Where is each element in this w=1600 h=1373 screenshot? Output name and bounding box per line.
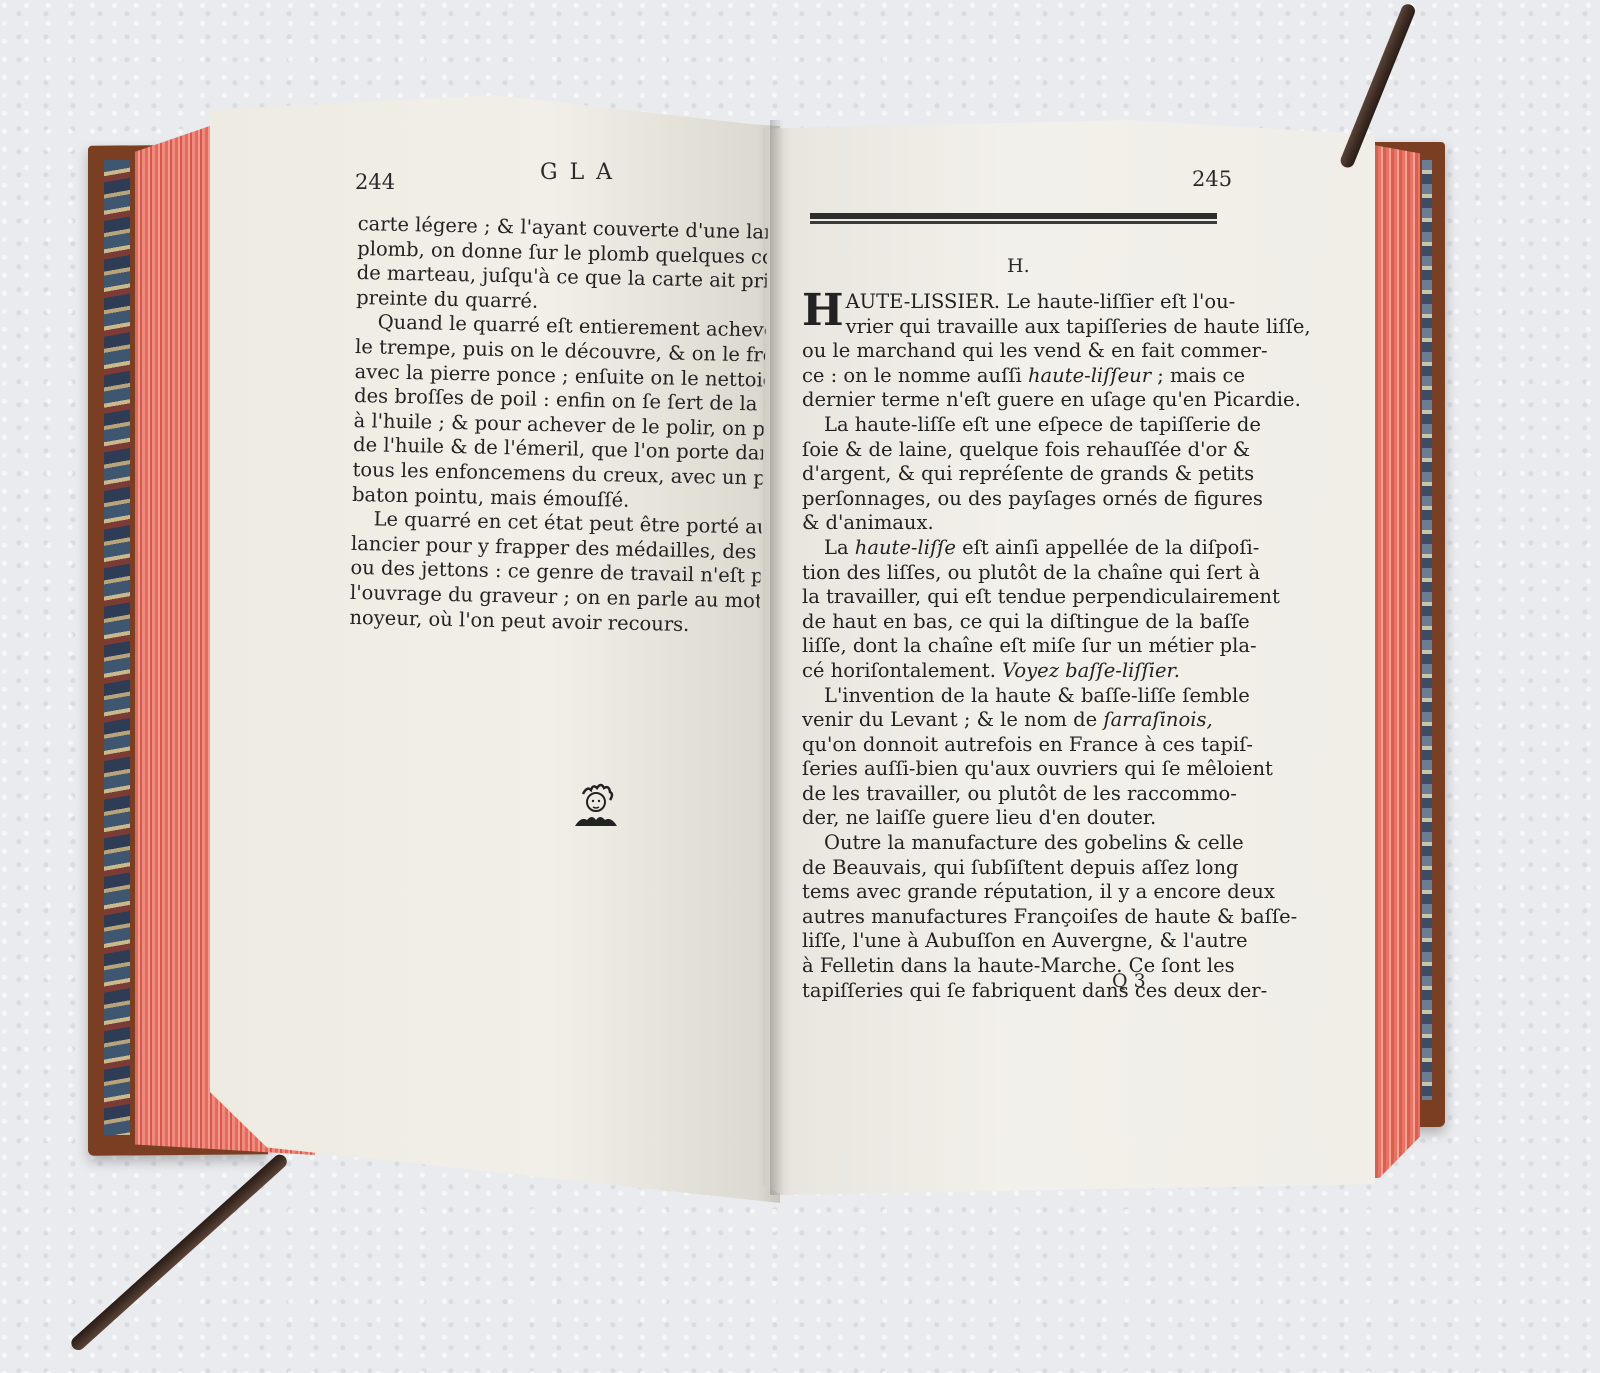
text-line: de haut en bas, ce qui la diſtingue de l… [802,610,1247,635]
cherub-ornament-icon [573,782,619,830]
signature-mark: Q 3 [1112,970,1146,992]
page-number-left: 244 [355,170,395,194]
text-line: tems avec grande réputation, il y a enco… [802,880,1247,905]
right-page-text: HAUTE-LISSIER. Le haute-liſſier eſt l'ou… [802,290,1247,1003]
text-line: ſeries auſſi-bien qu'aux ouvriers qui ſe… [802,757,1247,782]
text-line: liſſe, dont la chaîne eſt miſe ſur un mé… [802,634,1247,659]
holding-rod-bottom [69,1152,290,1353]
text-line: ſoie & de laine, quelque fois rehauſſée … [802,438,1247,463]
text-line: tion des liſſes, ou plutôt de la chaîne … [802,561,1247,586]
text-line: La haute-liſſe eſt ainſi appellée de la … [802,536,1247,561]
marbled-endpaper-left [104,160,130,1135]
text-line: à Felletin dans la haute-Marche. Ce ſont… [802,954,1247,979]
text-line: de les travailler, ou plutôt de les racc… [802,782,1247,807]
left-page-text: carte légere ; & l'ayant couverte d'une … [349,212,768,639]
text-line: dernier terme n'eſt guere en uſage qu'en… [802,388,1247,413]
ornamental-rule [810,213,1217,221]
headword: AUTE-LISSIER. [846,290,1001,313]
text-line: autres manufactures Françoiſes de haute … [802,905,1247,930]
text-line: de Beauvais, qui ſubſiſtent depuis aſſez… [802,856,1247,881]
text-line: der, ne laiſſe guere lieu d'en douter. [802,806,1247,831]
marbled-endpaper-right [1422,160,1432,1100]
text-line: venir du Levant ; & le nom de ſarraſinoi… [802,708,1247,733]
text-line: L'invention de la haute & baſſe-liſſe ſe… [802,684,1247,709]
running-head: GLA [540,160,624,185]
text-line: cé horiſontalement. Voyez baſſe-liſſier. [802,659,1247,684]
text-line: liſſe, l'une à Aubuſſon en Auvergne, & l… [802,929,1247,954]
text-line: ce : on le nomme auſſi haute-liſſeur ; m… [802,364,1247,389]
text-line: ou le marchand qui les vend & en fait co… [802,339,1247,364]
text-line: tapiſſeries qui ſe fabriquent dans ces d… [802,979,1247,1004]
text-line: & d'animaux. [802,511,1247,536]
text-line: Outre la manufacture des gobelins & cell… [802,831,1247,856]
text-line: d'argent, & qui repréſente de grands & p… [802,462,1247,487]
book-gutter [770,120,784,1195]
text-line: vrier qui travaille aux tapiſſeries de h… [802,315,1247,340]
text-line: perſonnages, ou des payſages ornés de fi… [802,487,1247,512]
page-number-right: 245 [1192,167,1232,191]
text-line: la travailler, qui eſt tendue perpendicu… [802,585,1247,610]
section-letter: H. [1007,255,1030,277]
drop-cap: H [802,292,844,330]
text-line: qu'on donnoit autrefois en France à ces … [802,733,1247,758]
text-line: La haute-liſſe eſt une eſpece de tapiſſe… [802,413,1247,438]
